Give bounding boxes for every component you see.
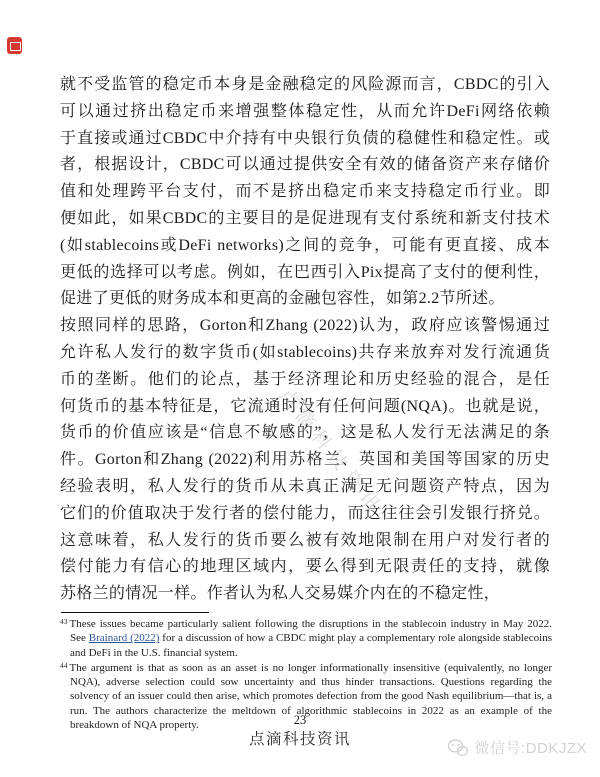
body-line: 者，根据设计，CBDC可以通过提供安全有效的储备资产来存储价 (60, 152, 550, 179)
badge-glyph (10, 42, 21, 51)
body-line: 便如此，如果CBDC的主要目的是促进现有支付系统和新支付技术 (60, 206, 550, 233)
body-text: 就不受监管的稳定币本身是金融稳定的风险源而言，CBDC的引入 可以通过挤出稳定币… (60, 72, 550, 608)
body-line: 何货币的基本特征是，它流通时没有任何问题(NQA)。也就是说， (60, 394, 550, 421)
body-line: 值和处理跨平台支付，而不是挤出稳定币来支持稳定币行业。即 (60, 179, 550, 206)
body-line: 就不受监管的稳定币本身是金融稳定的风险源而言，CBDC的引入 (60, 72, 550, 99)
wechat-watermark: 微信号:DDKJZX (447, 737, 587, 758)
body-line: 于直接或通过CBDC中介持有中央银行负债的稳健性和稳定性。或 (60, 126, 550, 153)
footnote-44-marker: 44 (60, 661, 68, 670)
brainard-2022-link[interactable]: Brainard (2022) (89, 632, 160, 644)
footnote-43: 43These issues became particularly salie… (60, 617, 552, 660)
body-line: 促进了更低的财务成本和更高的金融包容性，如第2.2节所述。 (60, 286, 550, 313)
footnote-43-marker: 43 (60, 617, 68, 626)
page-number: 23 (0, 713, 600, 728)
footnote-separator (61, 612, 209, 613)
body-line: 货币的价值应该是“信息不敏感的”，这是私人发行无法满足的条 (60, 420, 550, 447)
body-line: 苏格兰的情况一样。作者认为私人交易媒介内在的不稳定性， (60, 581, 550, 608)
body-line: 件。Gorton和Zhang (2022)利用苏格兰、英国和美国等国家的历史 (60, 447, 550, 474)
body-line: 更低的选择可以考虑。例如，在巴西引入Pix提高了支付的便利性， (60, 260, 550, 287)
red-badge-icon (7, 37, 22, 54)
body-line: 经验表明，私人发行的货币从未真正满足无问题资产特点，因为 (60, 474, 550, 501)
body-line: 按照同样的思路，Gorton和Zhang (2022)认为，政府应该警惕通过 (60, 313, 550, 340)
wechat-icon (447, 738, 469, 758)
body-line: 允许私人发行的数字货币(如stablecoins)共存来放弃对发行流通货 (60, 340, 550, 367)
wechat-label: 微信号:DDKJZX (474, 737, 587, 758)
body-line: 可以通过挤出稳定币来增强整体稳定性，从而允许DeFi网络依赖 (60, 99, 550, 126)
body-line: 这意味着，私人发行的货币要么被有效地限制在用户对发行者的 (60, 528, 550, 555)
body-line: 币的垄断。他们的论点，基于经济理论和历史经验的混合，是任 (60, 367, 550, 394)
body-line: (如stablecoins或DeFi networks)之间的竞争，可能有更直接… (60, 233, 550, 260)
document-page: 点滴科技资讯 就不受监管的稳定币本身是金融稳定的风险源而言，CBDC的引入 可以… (0, 0, 600, 777)
body-line: 偿付能力有信心的地理区域内，要么得到无限责任的支持，就像 (60, 554, 550, 581)
body-line: 它们的价值取决于发行者的偿付能力，而这往往会引发银行挤兑。 (60, 501, 550, 528)
